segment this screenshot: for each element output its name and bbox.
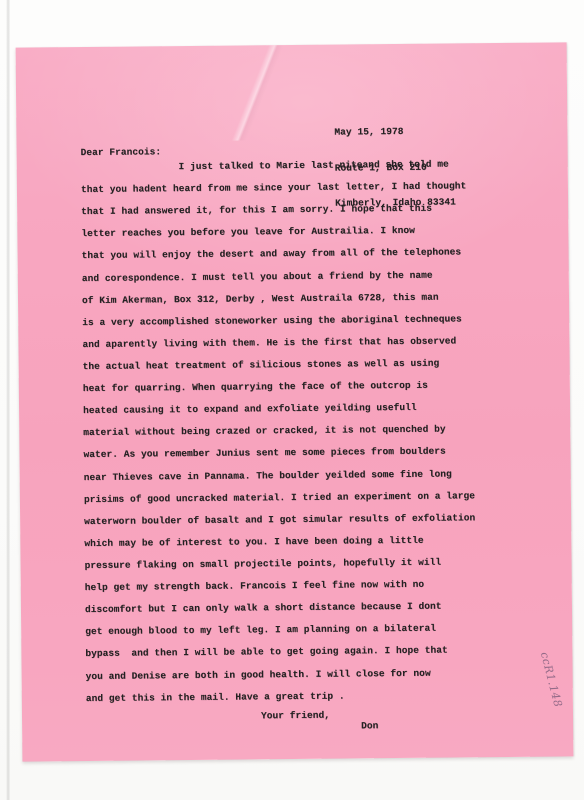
signature: Don [361, 720, 378, 731]
letter-body: I just talked to Marie last niteand she … [81, 153, 477, 709]
catalog-annotation: ccR1.148 [538, 651, 565, 709]
body-line: you and Denise are both in good health. … [86, 662, 477, 688]
body-line: bypass and then I will be able to get go… [85, 640, 476, 666]
paper-crease [201, 45, 312, 141]
letter-paper: May 15, 1978 Route 1, Box 210 Kimberly, … [16, 42, 574, 761]
scanner-edge-shadow [6, 0, 10, 800]
closing: Your friend, [261, 710, 330, 722]
body-line: that you will enjoy the desert and away … [81, 242, 472, 268]
body-line: near Thieves cave in Pannama. The boulde… [84, 463, 475, 489]
body-line: water. As you remember Junius sent me so… [83, 441, 474, 467]
date-line: May 15, 1978 [334, 125, 455, 138]
body-line: and get this in the mail. Have a great t… [86, 684, 477, 710]
body-line: and corespondence. I must tell you about… [82, 264, 473, 290]
scanned-letter-page: May 15, 1978 Route 1, Box 210 Kimberly, … [0, 0, 584, 800]
